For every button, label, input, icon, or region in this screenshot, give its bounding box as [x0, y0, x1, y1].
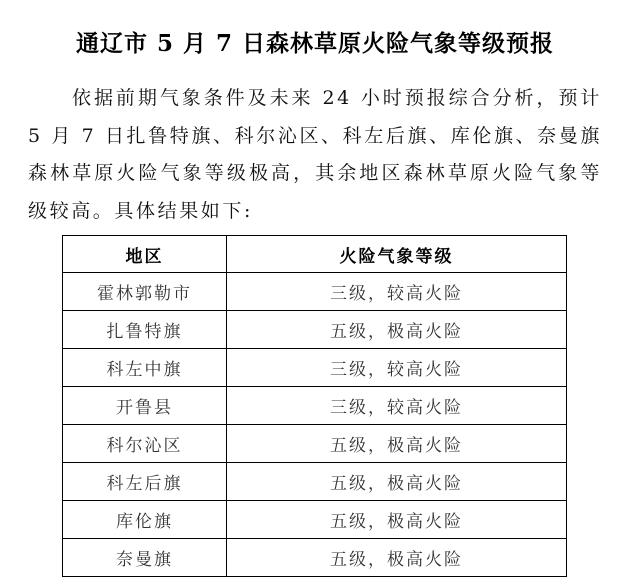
risk-level-cell: 五级，极高火险	[227, 501, 567, 539]
header-risk-level: 火险气象等级	[227, 236, 567, 273]
table-row: 奈曼旗 五级，极高火险	[63, 539, 567, 577]
region-cell: 奈曼旗	[63, 539, 227, 577]
region-cell: 开鲁县	[63, 387, 227, 425]
risk-level-cell: 三级，较高火险	[227, 387, 567, 425]
table-row: 库伦旗 五级，极高火险	[63, 501, 567, 539]
region-cell: 霍林郭勒市	[63, 273, 227, 311]
table-row: 科左中旗 三级，较高火险	[63, 349, 567, 387]
header-region: 地区	[63, 236, 227, 273]
table-row: 科左后旗 五级，极高火险	[63, 463, 567, 501]
region-cell: 科尔沁区	[63, 425, 227, 463]
region-cell: 科左中旗	[63, 349, 227, 387]
region-cell: 扎鲁特旗	[63, 311, 227, 349]
table-row: 扎鲁特旗 五级，极高火险	[63, 311, 567, 349]
table-row: 开鲁县 三级，较高火险	[63, 387, 567, 425]
risk-level-cell: 三级，较高火险	[227, 349, 567, 387]
risk-level-cell: 五级，极高火险	[227, 463, 567, 501]
table-row: 霍林郭勒市 三级，较高火险	[63, 273, 567, 311]
risk-level-cell: 三级，较高火险	[227, 273, 567, 311]
fire-risk-table: 地区 火险气象等级 霍林郭勒市 三级，较高火险 扎鲁特旗 五级，极高火险 科左中…	[62, 235, 567, 577]
table-header-row: 地区 火险气象等级	[63, 236, 567, 273]
table-row: 科尔沁区 五级，极高火险	[63, 425, 567, 463]
risk-level-cell: 五级，极高火险	[227, 425, 567, 463]
region-cell: 库伦旗	[63, 501, 227, 539]
region-cell: 科左后旗	[63, 463, 227, 501]
forecast-paragraph: 依据前期气象条件及未来 24 小时预报综合分析，预计 5 月 7 日扎鲁特旗、科…	[28, 80, 602, 230]
risk-level-cell: 五级，极高火险	[227, 539, 567, 577]
risk-level-cell: 五级，极高火险	[227, 311, 567, 349]
document-title: 通辽市 5 月 7 日森林草原火险气象等级预报	[0, 28, 630, 60]
